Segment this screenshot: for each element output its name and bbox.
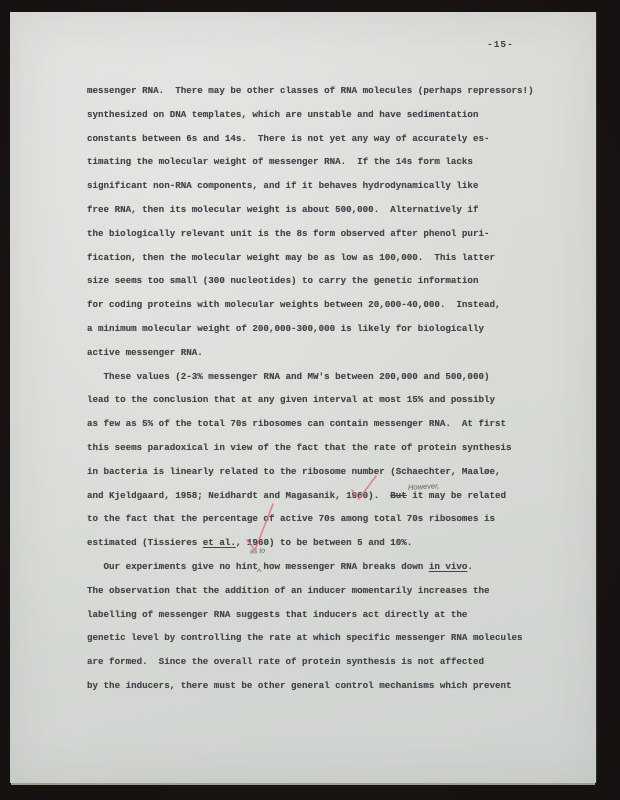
text-segment: significant non-RNA components, and if i… xyxy=(87,180,478,191)
text-segment: labelling of messenger RNA suggests that… xyxy=(87,609,467,620)
text-line: as few as 5% of the total 70s ribosomes … xyxy=(87,412,573,436)
text-line: this seems paradoxical in view of the fa… xyxy=(87,436,573,460)
text-line: size seems too small (300 nucleotides) t… xyxy=(87,269,573,293)
text-line: to the fact that the percentage of activ… xyxy=(87,507,573,531)
text-segment: constants between 6s and 14s. There is n… xyxy=(87,133,489,144)
text-segment: are formed. Since the overall rate of pr… xyxy=(87,656,484,667)
text-line: are formed. Since the overall rate of pr… xyxy=(87,650,573,674)
handwritten-caret-icon: ^ xyxy=(257,567,261,577)
text-segment: messenger RNA. There may be other classe… xyxy=(87,85,534,96)
document-text: messenger RNA. There may be other classe… xyxy=(87,79,573,698)
text-segment-underline: et al. xyxy=(203,537,236,548)
text-segment: active messenger RNA. xyxy=(87,347,203,358)
text-segment: and Kjeldgaard, 1958; Neidhardt and Maga… xyxy=(87,490,390,501)
text-line: in bacteria is linearly related to the r… xyxy=(87,460,573,484)
text-line: These values (2-3% messenger RNA and MW'… xyxy=(87,365,573,389)
text-line: by the inducers, there must be other gen… xyxy=(87,674,573,698)
text-line: estimated (Tissieres et al., 1960) to be… xyxy=(87,531,573,555)
text-segment: as few as 5% of the total 70s ribosomes … xyxy=(87,418,506,429)
text-line: The observation that the addition of an … xyxy=(87,579,573,603)
text-line: significant non-RNA components, and if i… xyxy=(87,174,573,198)
text-line: genetic level by controlling the rate at… xyxy=(87,626,573,650)
photo-background: -15- messenger RNA. There may be other c… xyxy=(0,0,620,800)
text-line: the biologically relevant unit is the 8s… xyxy=(87,222,573,246)
text-segment: synthesized on DNA templates, which are … xyxy=(87,109,478,120)
handwritten-however-annotation: However, xyxy=(408,481,440,492)
text-segment: by the inducers, there must be other gen… xyxy=(87,680,512,691)
text-segment: the biologically relevant unit is the 8s… xyxy=(87,228,489,239)
text-segment: a minimum molecular weight of 200,000-30… xyxy=(87,323,484,334)
text-line: synthesized on DNA templates, which are … xyxy=(87,103,573,127)
text-segment: lead to the conclusion that at any given… xyxy=(87,394,495,405)
text-segment: it may be related xyxy=(407,490,506,501)
text-line: labelling of messenger RNA suggests that… xyxy=(87,603,573,627)
text-line: timating the molecular weight of messeng… xyxy=(87,150,573,174)
text-line: and Kjeldgaard, 1958; Neidhardt and Maga… xyxy=(87,484,573,508)
text-line: lead to the conclusion that at any given… xyxy=(87,388,573,412)
text-segment: estimated (Tissieres xyxy=(87,537,203,548)
text-segment: genetic level by controlling the rate at… xyxy=(87,632,523,643)
text-segment: size seems too small (300 nucleotides) t… xyxy=(87,275,478,286)
text-line: fication, then the molecular weight may … xyxy=(87,246,573,270)
text-segment: in bacteria is linearly related to the r… xyxy=(87,466,501,477)
text-segment: fication, then the molecular weight may … xyxy=(87,252,495,263)
text-line: messenger RNA. There may be other classe… xyxy=(87,79,573,103)
text-line: for coding proteins with molecular weigh… xyxy=(87,293,573,317)
text-segment: timating the molecular weight of messeng… xyxy=(87,156,473,167)
text-segment: for coding proteins with molecular weigh… xyxy=(87,299,501,310)
page-number: -15- xyxy=(487,39,514,50)
text-line: constants between 6s and 14s. There is n… xyxy=(87,127,573,151)
text-segment: These values (2-3% messenger RNA and MW'… xyxy=(87,371,489,382)
handwritten-as-to-annotation: as to xyxy=(250,548,266,556)
text-segment-strike: But xyxy=(390,490,407,501)
text-line: Our experiments give no hint how messeng… xyxy=(87,555,573,579)
text-line: active messenger RNA. xyxy=(87,341,573,365)
text-line: a minimum molecular weight of 200,000-30… xyxy=(87,317,573,341)
document-page: -15- messenger RNA. There may be other c… xyxy=(10,12,596,783)
text-segment: this seems paradoxical in view of the fa… xyxy=(87,442,512,453)
text-segment: . xyxy=(467,561,473,572)
text-line: free RNA, then its molecular weight is a… xyxy=(87,198,573,222)
text-segment-underline: in vivo xyxy=(429,561,468,572)
text-segment: free RNA, then its molecular weight is a… xyxy=(87,204,478,215)
text-segment: The observation that the addition of an … xyxy=(87,585,489,596)
text-segment: , 1960) to be between 5 and 10%. xyxy=(236,537,412,548)
text-segment: to the fact that the percentage of activ… xyxy=(87,513,495,524)
